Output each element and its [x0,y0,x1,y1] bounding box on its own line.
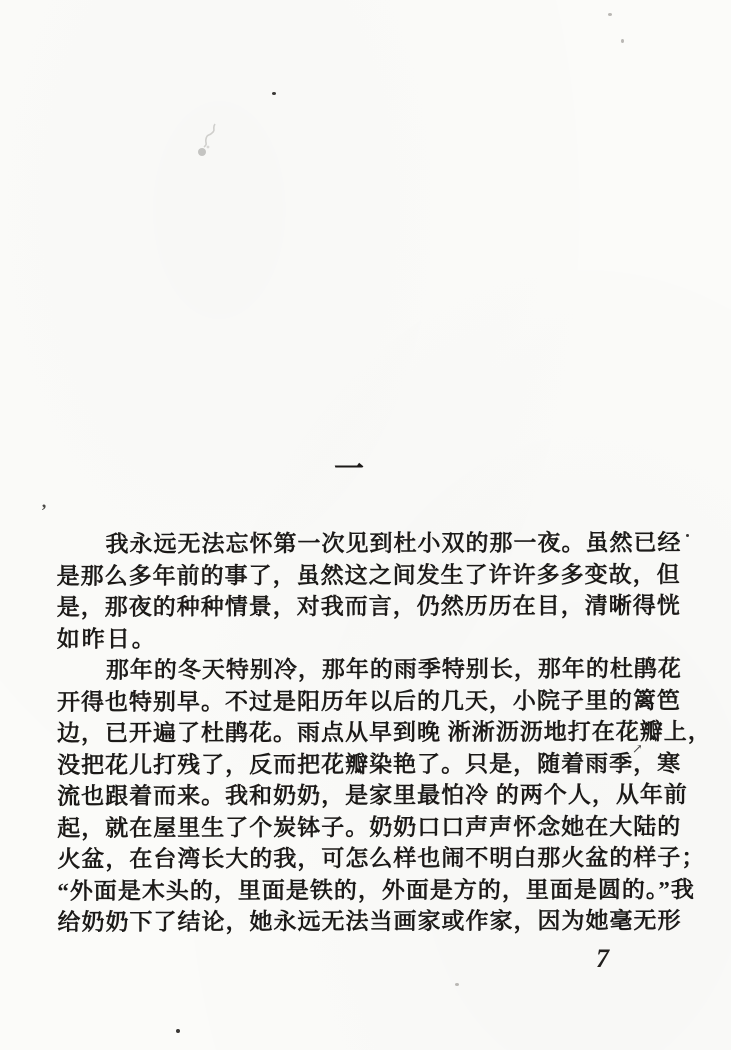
scan-speck [455,983,459,986]
page-number: 7 [596,944,609,974]
text-line: 给奶奶下了结论，她永远无法当画家或作家，因为她毫无形 [57,905,681,938]
text-line: “外面是木头的，里面是铁的，外面是方的，里面是圆的。”我 [57,874,681,907]
ink-smudge [193,122,227,162]
tick-mark: ‚ [41,492,47,510]
scan-speck [686,534,689,537]
text-line: 如昨日。 [57,622,681,655]
chapter-number: 一 [0,444,698,488]
scan-speck [176,1029,180,1033]
text-line: 开得也特别早。不过是阳历年以后的几天，小院子里的篱笆 [57,685,681,718]
text-line: 流也跟着而来。我和奶奶，是家里最怕冷 的两个人，从年前 [57,779,681,812]
book-page: ‚ ↗ 一 我永远无法忘怀第一次见到杜小双的那一夜。虽然已经 是那么多年前的事了… [0,0,731,1050]
scan-speck [621,39,624,43]
text-line: 那年的冬天特别冷，那年的雨季特别长，那年的杜鹃花 [57,653,681,686]
text-line: 起，就在屋里生了个炭钵子。奶奶口口声声怀念她在大陆的 [57,811,681,844]
text-line: 是，那夜的种种情景，对我而言，仍然历历在目，清晰得恍 [57,590,681,623]
text-line: 边，已开遍了杜鹃花。雨点从早到晚 淅淅沥沥地打在花瓣上， [57,716,681,749]
text-line: 火盆，在台湾长大的我，可怎么样也闹不明白那火盆的样子； [57,842,681,875]
scan-speck [608,13,612,16]
text-line: 没把花儿打残了，反而把花瓣染艳了。只是，随着雨季，寒 [57,748,681,781]
scan-speck [272,92,276,95]
text-line: 我永远无法忘怀第一次见到杜小双的那一夜。虽然已经 [56,527,680,560]
text-line: 是那么多年前的事了，虽然这之间发生了许许多多变故，但 [57,559,681,592]
body-text-block: 我永远无法忘怀第一次见到杜小双的那一夜。虽然已经 是那么多年前的事了，虽然这之间… [56,527,681,938]
